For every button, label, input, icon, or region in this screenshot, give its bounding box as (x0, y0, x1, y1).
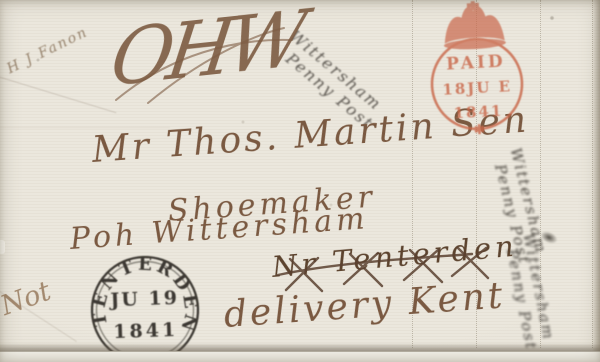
cover-photo: H J Fanon OHW Mr Thos. Martin Sen Shoema… (0, 0, 600, 362)
flourish-strokes (116, 28, 292, 103)
paid-datestamp: PAID 18JU E 1841 ✱ (428, 0, 525, 140)
crown-icon (442, 0, 506, 51)
paper-edge-shadow (592, 0, 600, 351)
table-background (0, 351, 600, 362)
tenterden-year: 1841 (113, 319, 179, 343)
cross-out-strokes (278, 248, 488, 291)
paid-word: PAID (446, 51, 506, 74)
paper-edge-shadow (0, 343, 600, 351)
tenterden-date: JU 19 (108, 287, 179, 311)
paid-date: 18JU E (442, 77, 513, 99)
paid-star-icon: ✱ (474, 123, 486, 139)
postmark-overlay: PAID 18JU E 1841 ✱ TENTERDEN JU 19 1841 (0, 0, 600, 362)
paid-year: 1841 (453, 102, 504, 123)
